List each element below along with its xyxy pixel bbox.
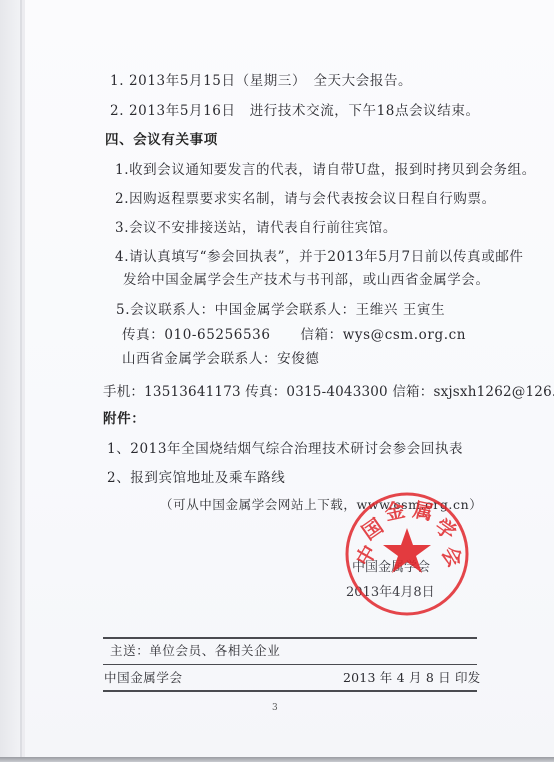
- footer-rule-top: [103, 637, 477, 639]
- attachment-2: 2、报到宾馆地址及乘车路线: [107, 466, 285, 486]
- svg-text:中: 中: [351, 541, 382, 570]
- issue-date: 2013 年 4 月 8 日 印发: [343, 668, 480, 686]
- footer-rule-middle: [103, 664, 477, 665]
- scan-left-edge: [0, 0, 20, 762]
- footer-rule-bottom: [103, 690, 477, 692]
- official-seal: 中 国 金 属 学 会: [343, 490, 471, 618]
- svg-text:国: 国: [357, 514, 387, 545]
- notice-item-4-cont: 发给中国金属学会生产技术与书刊部，或山西省金属学会。: [123, 268, 490, 288]
- schedule-day1: 1. 2013年5月15日（星期三） 全天大会报告。: [110, 69, 412, 89]
- page-number: 3: [272, 703, 278, 713]
- mobile: 13513641173: [144, 384, 241, 400]
- notice-item-1: 1.收到会议通知要发言的代表，请自带U盘，报到时拷贝到会务组。: [115, 158, 536, 178]
- svg-text:会: 会: [437, 542, 468, 571]
- notice-item-3: 3.会议不安排接送站，请代表自行前往宾馆。: [115, 216, 397, 236]
- scan-bottom-edge: [0, 757, 554, 762]
- issuer: 中国金属学会: [104, 668, 183, 686]
- contacts-title: 5.会议联系人：中国金属学会联系人：王维兴 王寅生: [116, 298, 445, 318]
- csm-fax: 010-65256536: [164, 327, 270, 343]
- svg-text:属: 属: [411, 497, 436, 525]
- csm-contact-line: 传真：010-65256536 信箱：wys@csm.org.cn: [122, 323, 466, 343]
- shanxi-fax-label: 传真：: [245, 384, 286, 400]
- section-heading: 四、会议有关事项: [105, 128, 218, 148]
- schedule-day2: 2. 2013年5月16日 进行技术交流，下午18点会议结束。: [110, 99, 480, 119]
- shanxi-email: sxjsxh1262@126.com: [433, 384, 554, 400]
- notice-item-4: 4.请认真填写“参会回执表”，并于2013年5月7日前以传真或邮件: [115, 245, 524, 265]
- csm-fax-label: 传真：: [122, 327, 164, 343]
- attachment-1: 1、2013年全国烧结烟气综合治理技术研讨会参会回执表: [107, 437, 463, 457]
- shanxi-contact-line: 手机：13513641173 传真：0315-4043300 信箱：sxjsxh…: [103, 380, 554, 400]
- shanxi-contact: 山西省金属学会联系人：安俊德: [122, 347, 319, 367]
- svg-text:金: 金: [383, 497, 408, 525]
- csm-email: wys@csm.org.cn: [343, 327, 466, 343]
- seal-star-icon: 中 国 金 属 学 会: [343, 490, 471, 618]
- csm-email-label: 信箱：: [300, 327, 342, 343]
- notice-item-2: 2.因购返程票要求实名制，请与会代表按会议日程自行购票。: [115, 187, 496, 207]
- shanxi-email-label: 信箱：: [392, 384, 433, 400]
- shanxi-fax: 0315-4043300: [286, 384, 387, 400]
- recipients: 主送：单位会员、各相关企业: [110, 641, 280, 659]
- attachments-label: 附件：: [103, 407, 145, 427]
- mobile-label: 手机：: [103, 384, 144, 400]
